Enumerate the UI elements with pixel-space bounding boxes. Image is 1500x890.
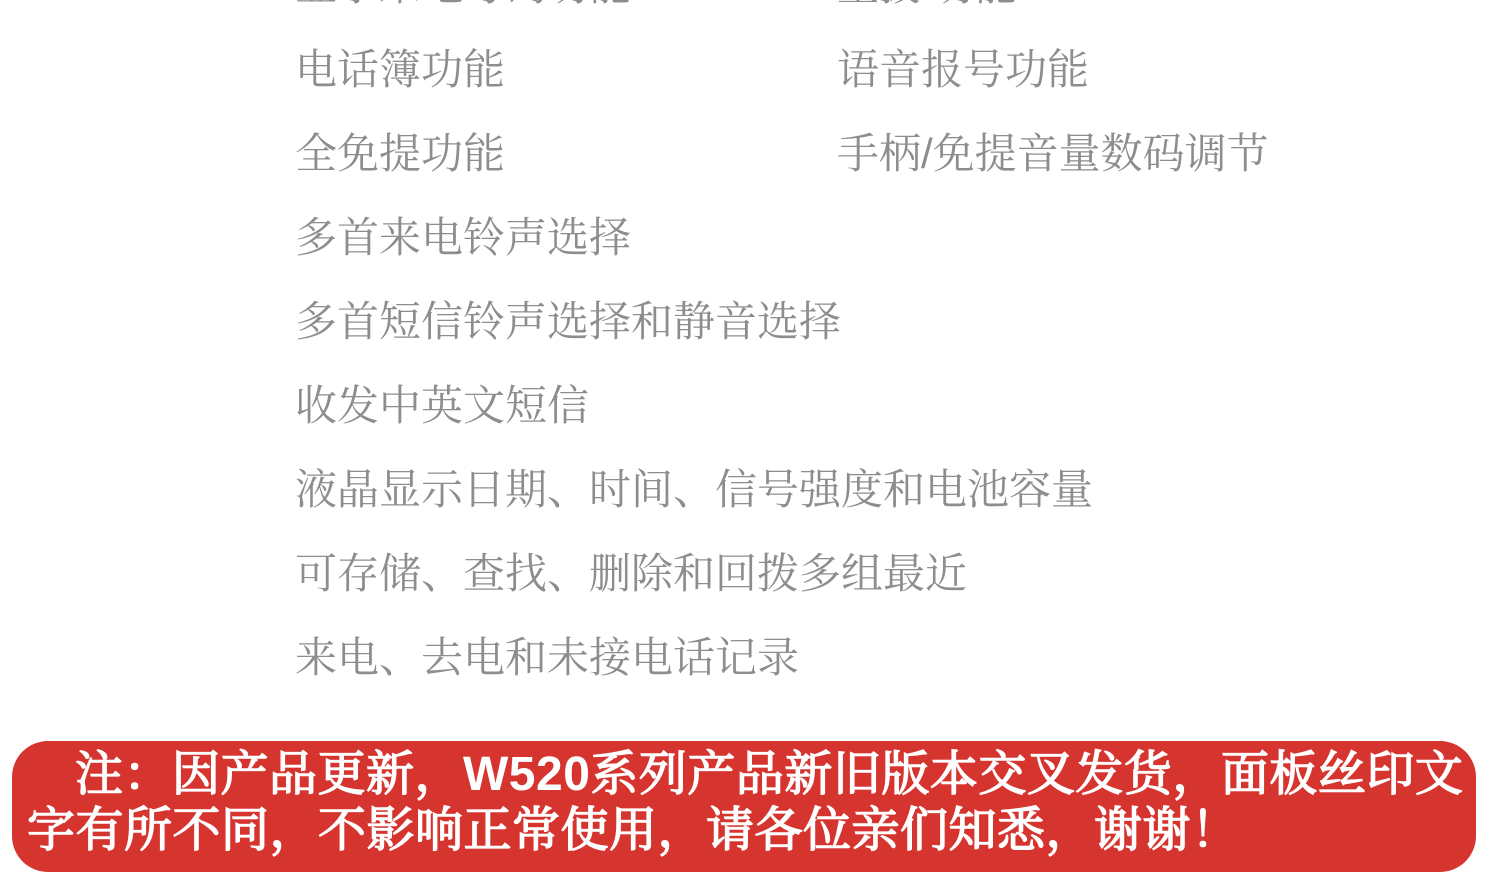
feature-item: 液晶显示日期、时间、信号强度和电池容量 <box>295 448 837 532</box>
feature-item: 重拨 功能 <box>837 0 1017 28</box>
notice-banner: 注：因产品更新，W520系列产品新旧版本交叉发货，面板丝印文 字有所不同，不影响… <box>12 741 1476 872</box>
feature-item: 来电、去电和未接电话记录 <box>295 616 837 700</box>
feature-item: 收发中英文短信 <box>295 364 837 448</box>
feature-row: 收发中英文短信 <box>295 364 1269 448</box>
feature-row: 可存储、查找、删除和回拨多组最近 <box>295 532 1269 616</box>
feature-item: 多首来电铃声选择 <box>295 196 837 280</box>
feature-row: 显示来电号码功能 重拨 功能 <box>295 0 1269 28</box>
product-detail-page: 显示来电号码功能 重拨 功能 电话簿功能 语音报号功能 全免提功能 手柄/免提音… <box>0 0 1500 890</box>
feature-item: 手柄/免提音量数码调节 <box>837 112 1269 196</box>
feature-row: 多首来电铃声选择 <box>295 196 1269 280</box>
feature-item: 可存储、查找、删除和回拨多组最近 <box>295 532 837 616</box>
notice-text-line1: 注：因产品更新，W520系列产品新旧版本交叉发货，面板丝印文 <box>75 747 1463 803</box>
feature-row: 全免提功能 手柄/免提音量数码调节 <box>295 112 1269 196</box>
feature-row: 来电、去电和未接电话记录 <box>295 616 1269 700</box>
feature-item: 语音报号功能 <box>837 28 1089 112</box>
feature-list: 显示来电号码功能 重拨 功能 电话簿功能 语音报号功能 全免提功能 手柄/免提音… <box>295 0 1269 700</box>
feature-item: 多首短信铃声选择和静音选择 <box>295 280 837 364</box>
feature-row: 多首短信铃声选择和静音选择 <box>295 280 1269 364</box>
feature-item: 电话簿功能 <box>295 28 837 112</box>
feature-row: 液晶显示日期、时间、信号强度和电池容量 <box>295 448 1269 532</box>
feature-row: 电话簿功能 语音报号功能 <box>295 28 1269 112</box>
feature-item: 显示来电号码功能 <box>295 0 837 28</box>
feature-item: 全免提功能 <box>295 112 837 196</box>
notice-text-line2: 字有所不同，不影响正常使用，请各位亲们知悉，谢谢！ <box>27 803 1240 859</box>
